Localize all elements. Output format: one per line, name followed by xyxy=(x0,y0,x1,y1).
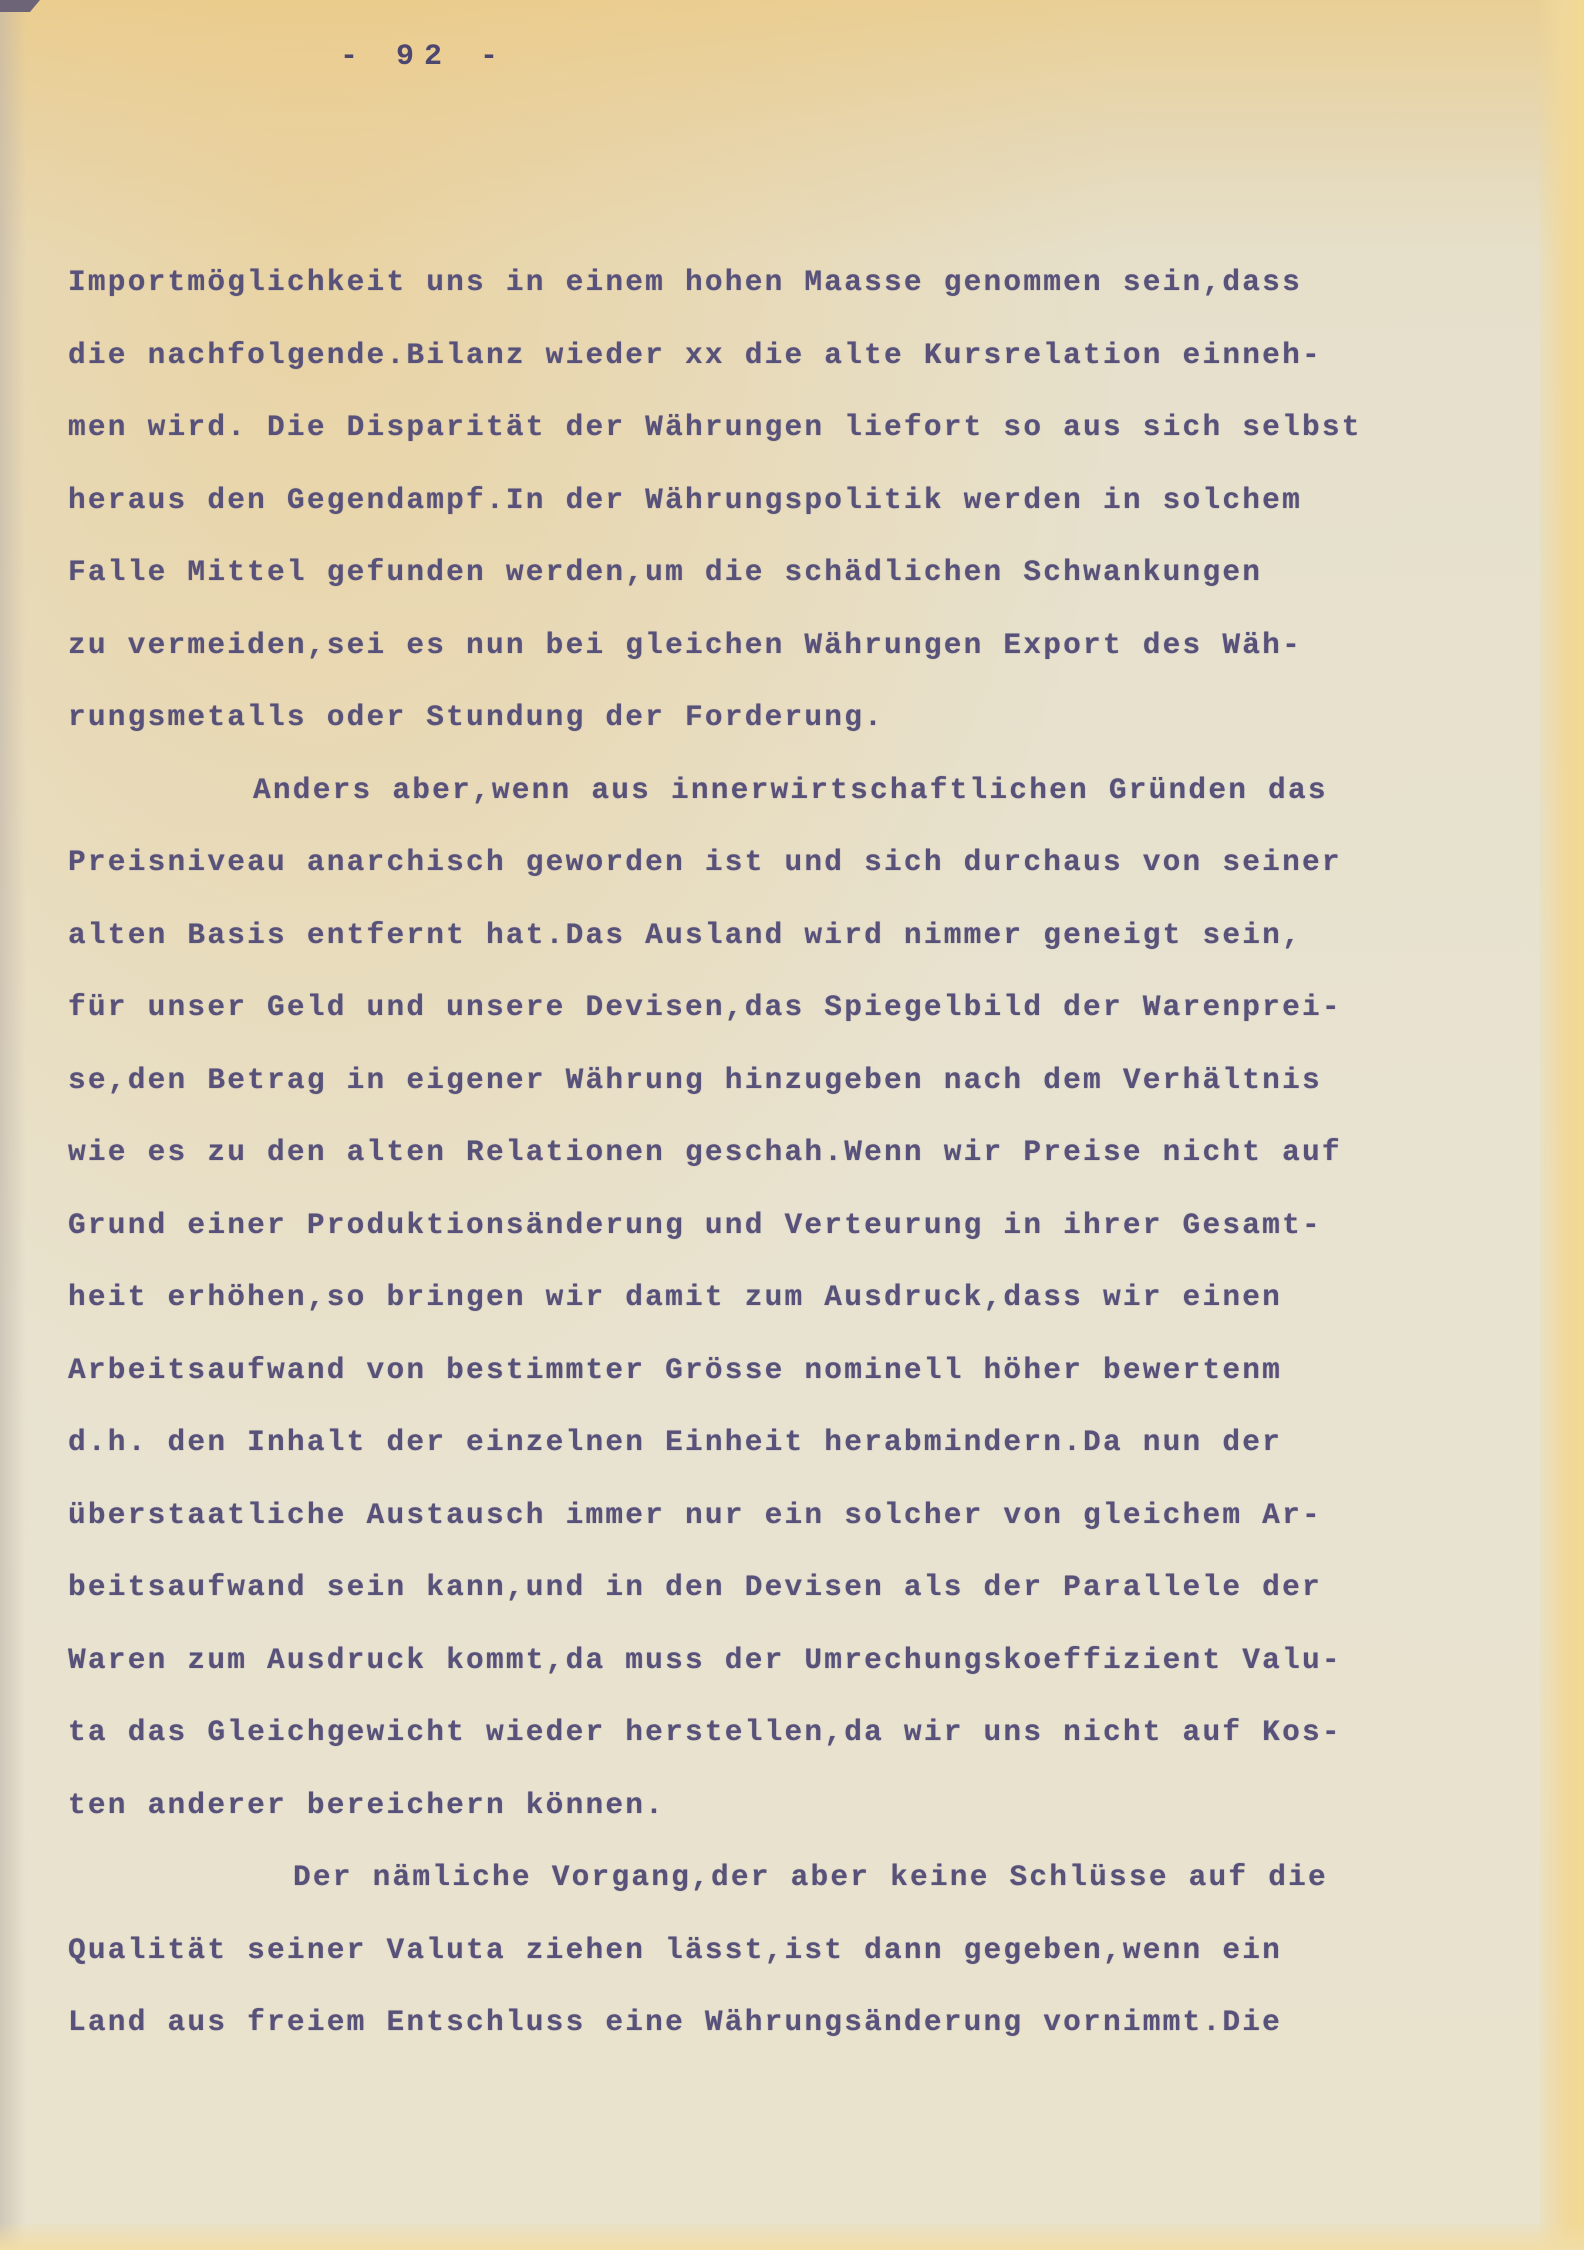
page-number: - 92 - xyxy=(340,40,508,74)
text-line: für unser Geld und unsere Devisen,das Sp… xyxy=(68,987,1548,1060)
text-line: Arbeitsaufwand von bestimmter Grösse nom… xyxy=(68,1350,1548,1423)
text-line: heit erhöhen,so bringen wir damit zum Au… xyxy=(68,1277,1548,1350)
paragraph-3: Der nämliche Vorgang,der aber keine Schl… xyxy=(68,1857,1548,2075)
text-line: ten anderer bereichern können. xyxy=(68,1785,1548,1858)
text-line: ta das Gleichgewicht wieder herstellen,d… xyxy=(68,1712,1548,1785)
text-line: heraus den Gegendampf.In der Währungspol… xyxy=(68,480,1548,553)
text-line: Der nämliche Vorgang,der aber keine Schl… xyxy=(68,1857,1548,1930)
page-left-shadow xyxy=(0,0,26,2250)
text-line: überstaatliche Austausch immer nur ein s… xyxy=(68,1495,1548,1568)
text-line: beitsaufwand sein kann,und in den Devise… xyxy=(68,1567,1548,1640)
text-line: men wird. Die Disparität der Währungen l… xyxy=(68,407,1548,480)
text-line: die nachfolgende.Bilanz wieder xx die al… xyxy=(68,335,1548,408)
text-line: Grund einer Produktionsänderung und Vert… xyxy=(68,1205,1548,1278)
text-line: Falle Mittel gefunden werden,um die schä… xyxy=(68,552,1548,625)
typewritten-text-body: Importmöglichkeit uns in einem hohen Maa… xyxy=(68,262,1548,2075)
text-line: se,den Betrag in eigener Währung hinzuge… xyxy=(68,1060,1548,1133)
text-line: d.h. den Inhalt der einzelnen Einheit he… xyxy=(68,1422,1548,1495)
paragraph-1: Importmöglichkeit uns in einem hohen Maa… xyxy=(68,262,1548,770)
text-line: alten Basis entfernt hat.Das Ausland wir… xyxy=(68,915,1548,988)
scanned-page: - 92 - Importmöglichkeit uns in einem ho… xyxy=(0,0,1584,2250)
corner-shadow xyxy=(0,0,40,12)
text-line: Qualität seiner Valuta ziehen lässt,ist … xyxy=(68,1930,1548,2003)
text-line: Anders aber,wenn aus innerwirtschaftlich… xyxy=(68,770,1548,843)
text-line: Land aus freiem Entschluss eine Währungs… xyxy=(68,2002,1548,2075)
text-line: Preisniveau anarchisch geworden ist und … xyxy=(68,842,1548,915)
text-line: Waren zum Ausdruck kommt,da muss der Umr… xyxy=(68,1640,1548,1713)
paragraph-2: Anders aber,wenn aus innerwirtschaftlich… xyxy=(68,770,1548,1858)
text-line: Importmöglichkeit uns in einem hohen Maa… xyxy=(68,262,1548,335)
text-line: wie es zu den alten Relationen geschah.W… xyxy=(68,1132,1548,1205)
text-line: zu vermeiden,sei es nun bei gleichen Wäh… xyxy=(68,625,1548,698)
text-line: rungsmetalls oder Stundung der Forderung… xyxy=(68,697,1548,770)
